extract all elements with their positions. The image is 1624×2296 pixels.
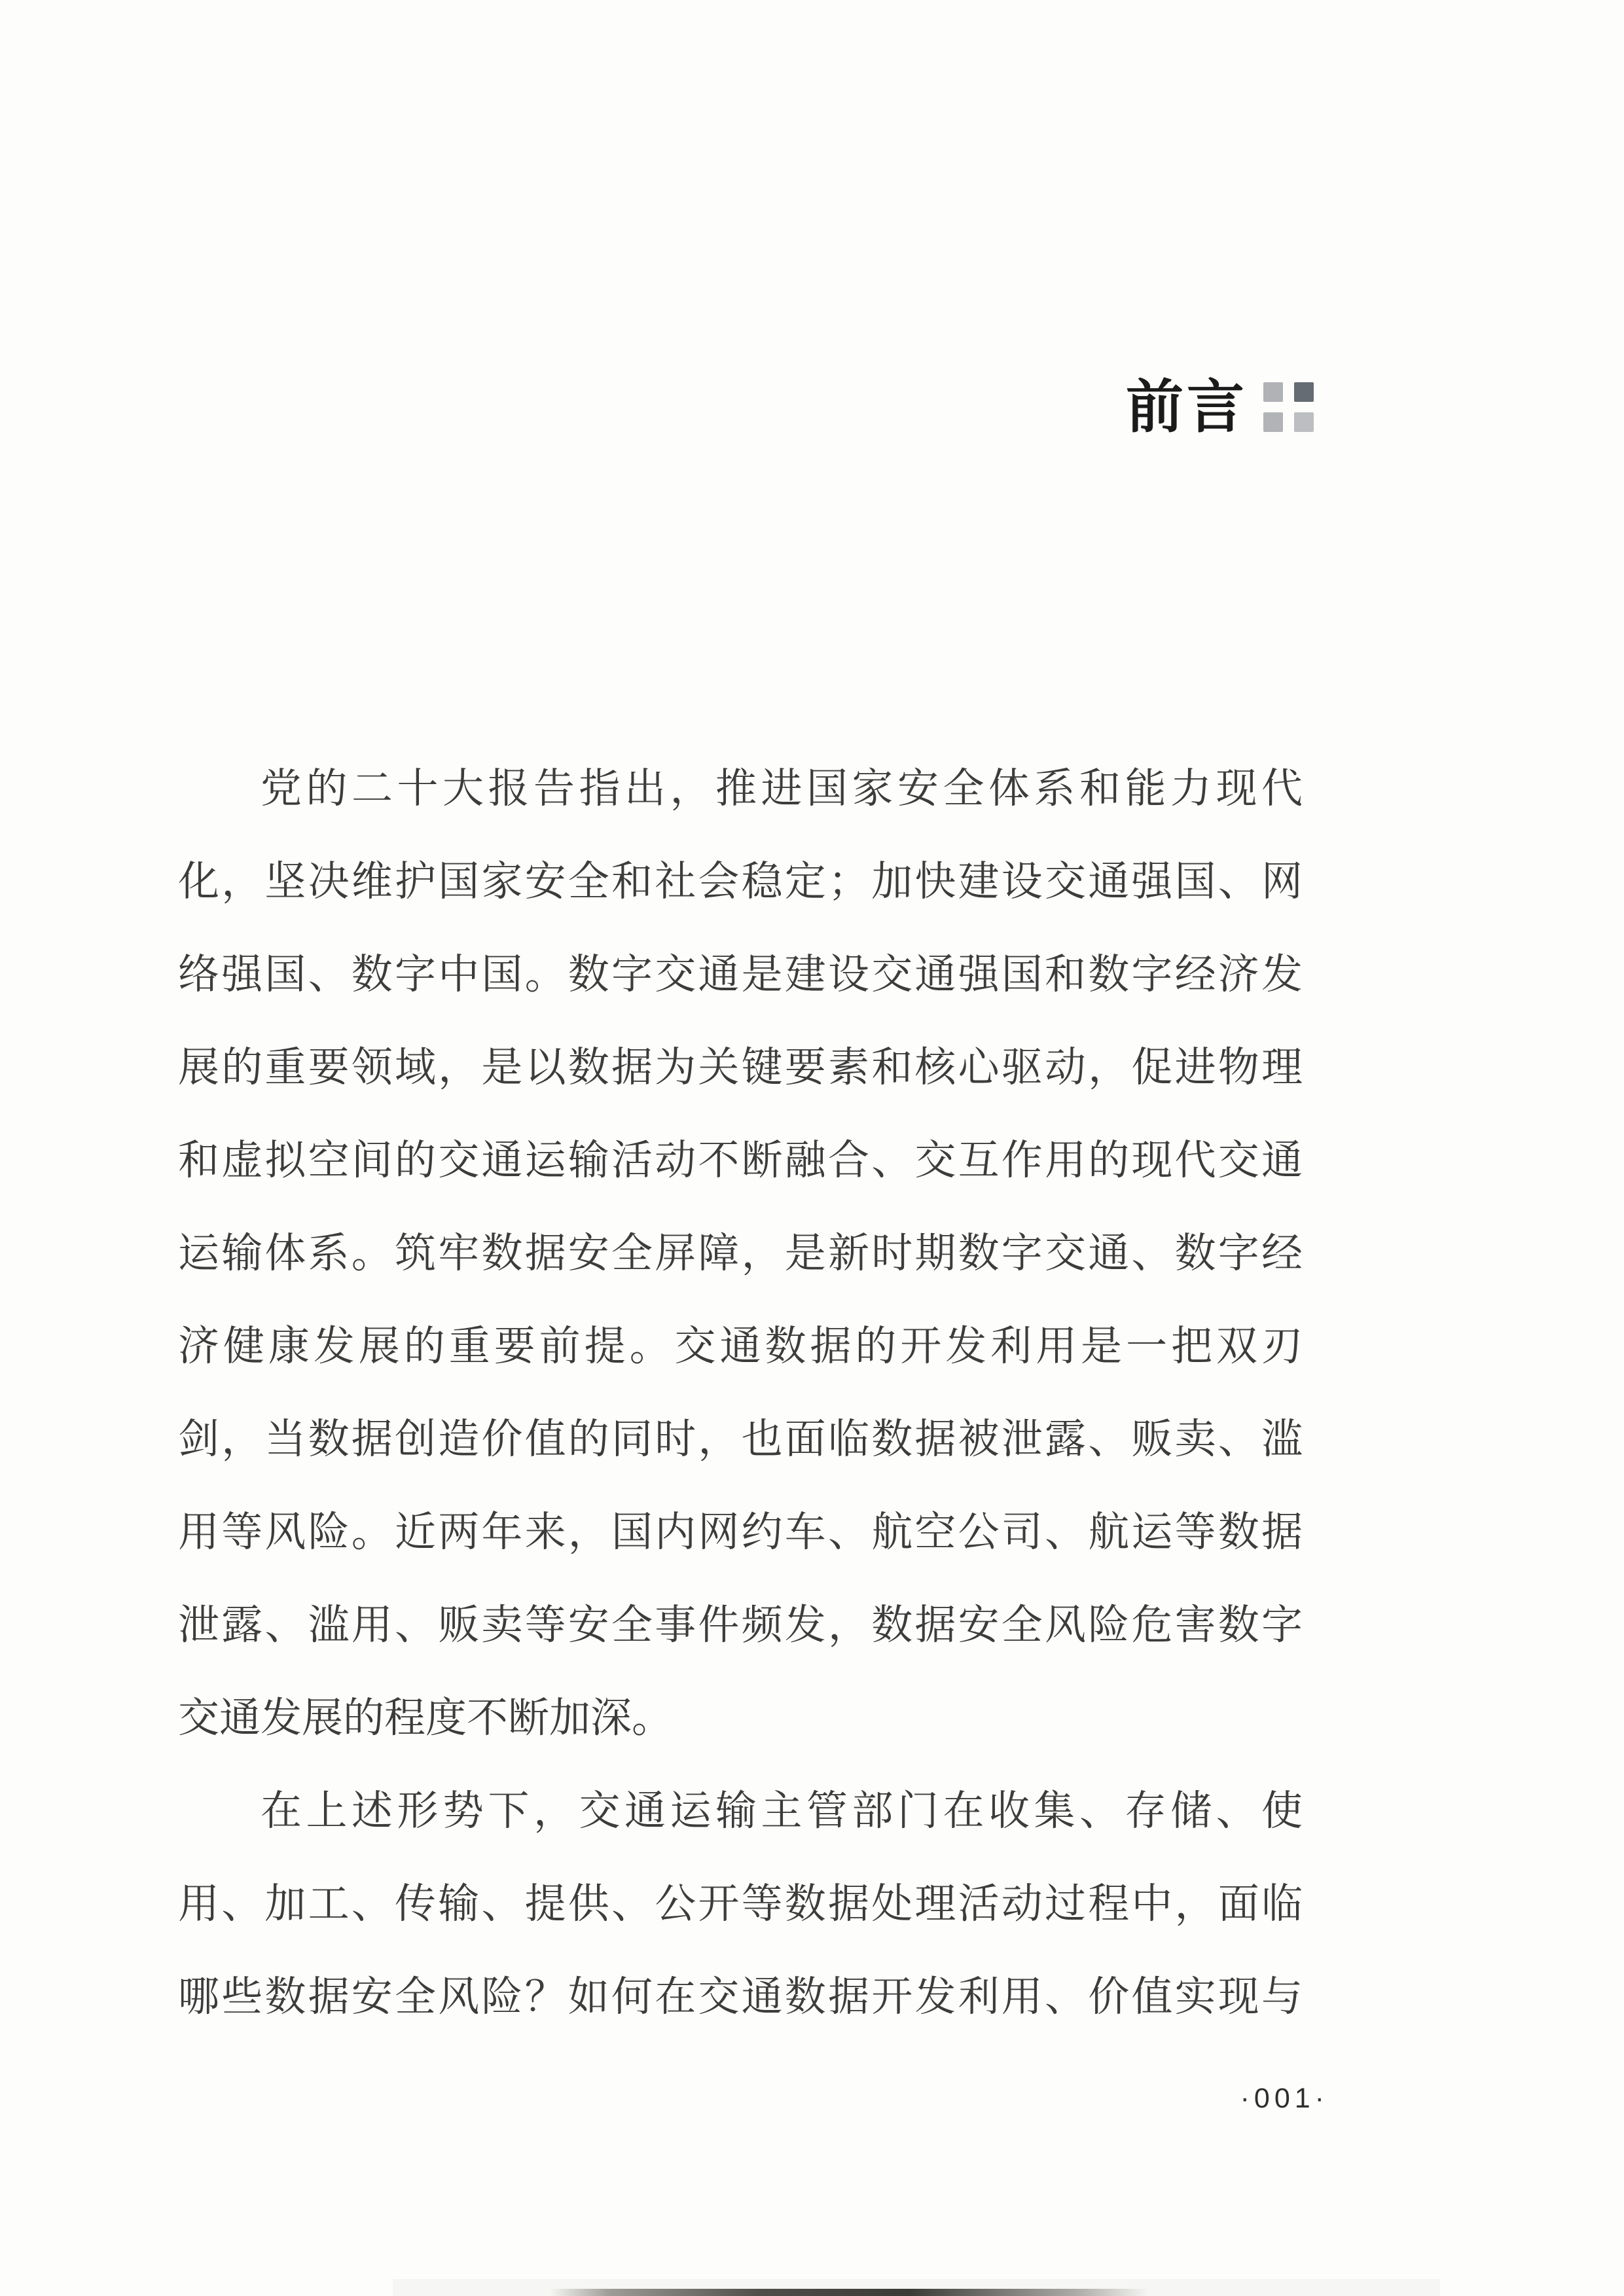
paragraph: 在上述形势下，交通运输主管部门在收集、存储、使 用、加工、传输、提供、公开等数据… [178,1765,1303,2043]
decoration-square-top-right [1294,382,1314,402]
decoration-square-bottom-right [1294,412,1314,432]
decoration-square-bottom-left [1263,412,1283,432]
text-line: 络强国、数字中国。数字交通是建设交通强国和数字经济发 [178,928,1303,1021]
text-line: 化，坚决维护国家安全和社会稳定；加快建设交通强国、网 [178,835,1303,928]
decoration-square-top-left [1263,382,1283,402]
text-line: 在上述形势下，交通运输主管部门在收集、存储、使 [178,1765,1303,1857]
text-line: 运输体系。筑牢数据安全屏障，是新时期数字交通、数字经 [178,1207,1303,1300]
page-title: 前言 [1126,377,1248,437]
paragraph: 党的二十大报告指出，推进国家安全体系和能力现代 化，坚决维护国家安全和社会稳定；… [178,742,1303,1765]
title-decoration-squares [1263,382,1314,432]
book-page: 前言 党的二十大报告指出，推进国家安全体系和能力现代 化，坚决维护国家安全和社会… [0,0,1624,2296]
text-line: 交通发展的程度不断加深。 [178,1672,1303,1765]
text-line: 泄露、滥用、贩卖等安全事件频发，数据安全风险危害数字 [178,1579,1303,1672]
text-line: 党的二十大报告指出，推进国家安全体系和能力现代 [178,742,1303,835]
scan-artifact-bar [550,2289,1149,2296]
preface-body: 党的二十大报告指出，推进国家安全体系和能力现代 化，坚决维护国家安全和社会稳定；… [178,742,1303,2043]
text-line: 哪些数据安全风险？如何在交通数据开发利用、价值实现与 [178,1950,1303,2043]
preface-header: 前言 [0,377,1314,437]
text-line: 剑，当数据创造价值的同时，也面临数据被泄露、贩卖、滥 [178,1393,1303,1486]
text-line: 用、加工、传输、提供、公开等数据处理活动过程中，面临 [178,1857,1303,1950]
text-line: 和虚拟空间的交通运输活动不断融合、交互作用的现代交通 [178,1114,1303,1207]
text-line: 济健康发展的重要前提。交通数据的开发利用是一把双刃 [178,1300,1303,1393]
page-number: ·001· [1240,2083,1329,2115]
text-line: 用等风险。近两年来，国内网约车、航空公司、航运等数据 [178,1486,1303,1579]
text-line: 展的重要领域，是以数据为关键要素和核心驱动，促进物理 [178,1021,1303,1114]
